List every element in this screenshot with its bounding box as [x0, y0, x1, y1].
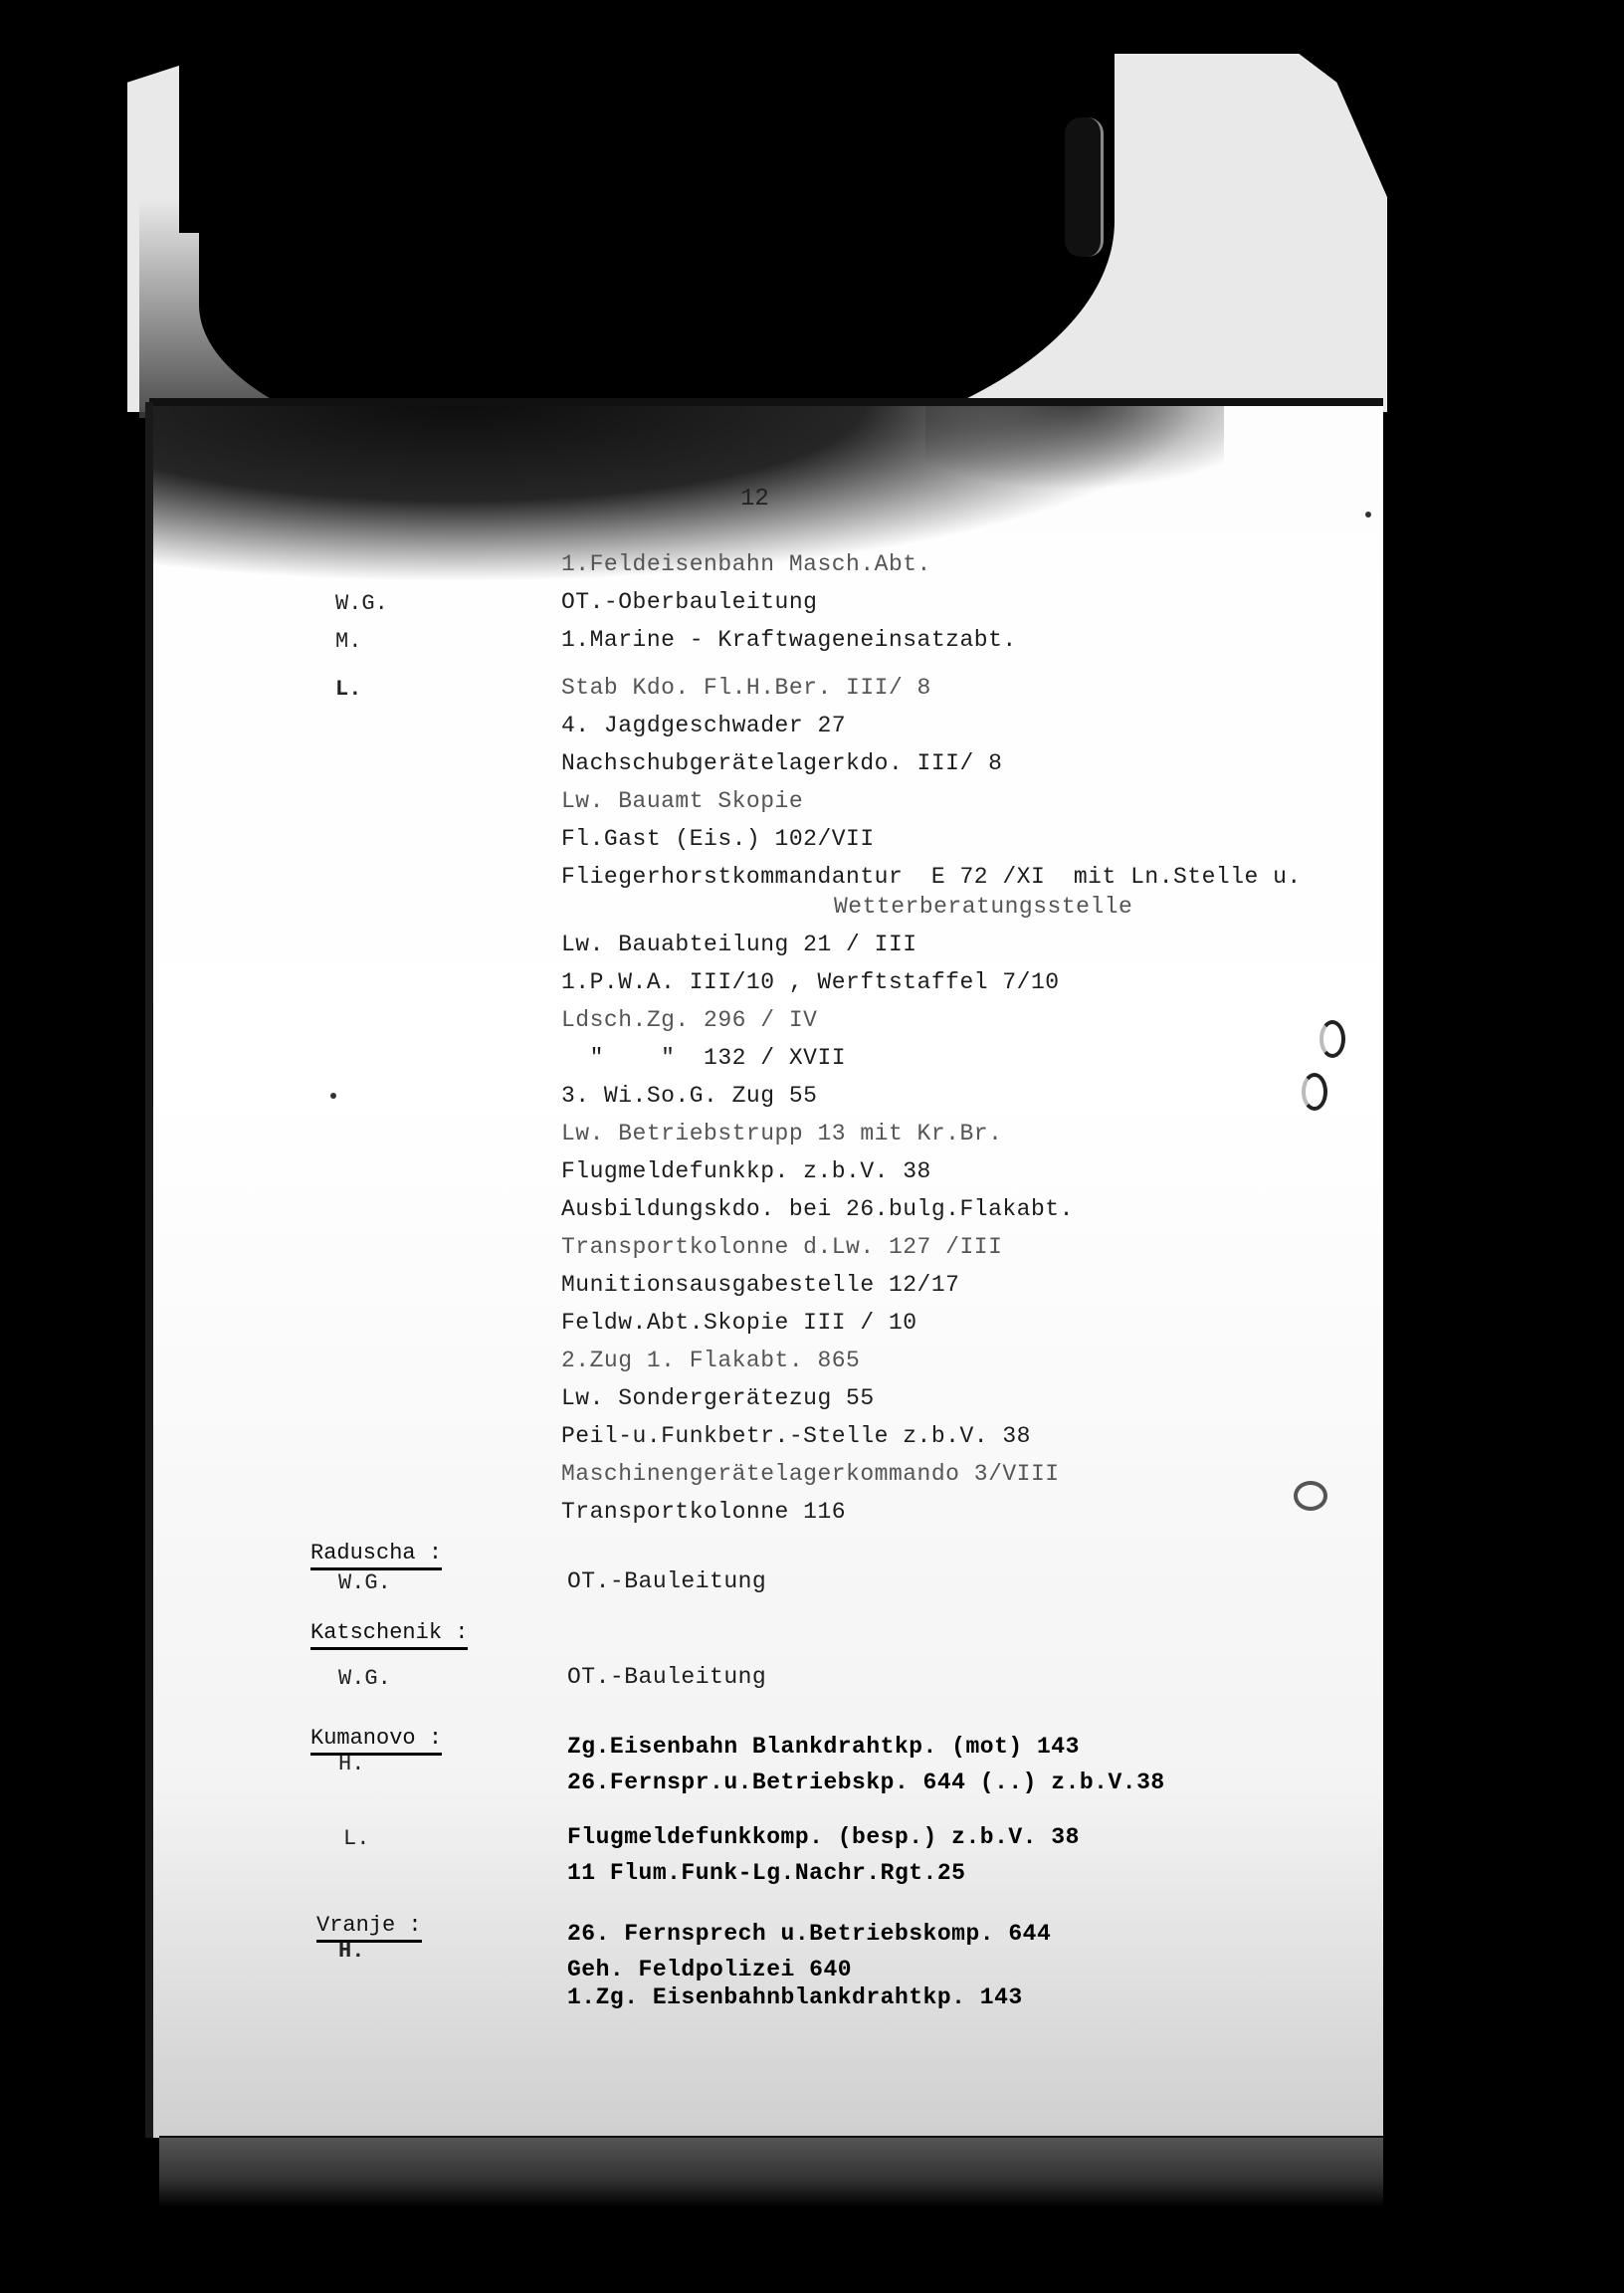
unit-entry: Ldsch.Zg. 296 / IV	[561, 1009, 817, 1032]
location-heading: Kumanovo :	[310, 1726, 442, 1756]
unit-entry: 1.Feldeisenbahn Masch.Abt.	[561, 553, 931, 576]
unit-entry: 11 Flum.Funk-Lg.Nachr.Rgt.25	[567, 1862, 965, 1885]
punch-hole-mark	[1319, 1020, 1345, 1058]
unit-entry: 2.Zug 1. Flakabt. 865	[561, 1350, 860, 1372]
page-left-edge	[145, 402, 153, 2138]
unit-entry: Nachschubgerätelagerkdo. III/ 8	[561, 752, 1002, 775]
unit-entry: Zg.Eisenbahn Blankdrahtkp. (mot) 143	[567, 1736, 1080, 1759]
unit-entry: Transportkolonne 116	[561, 1501, 846, 1524]
unit-entry: Flugmeldefunkkomp. (besp.) z.b.V. 38	[567, 1826, 1080, 1849]
unit-entry: Flugmeldefunkkp. z.b.V. 38	[561, 1160, 931, 1183]
punch-hole-mark	[1302, 1073, 1327, 1111]
unit-entry: OT.-Bauleitung	[567, 1666, 766, 1689]
unit-entry: 26. Fernsprech u.Betriebskomp. 644	[567, 1923, 1051, 1946]
unit-entry: 3. Wi.So.G. Zug 55	[561, 1085, 817, 1108]
unit-entry: Ausbildungskdo. bei 26.bulg.Flakabt.	[561, 1198, 1074, 1221]
unit-entry: OT.-Oberbauleitung	[561, 591, 817, 614]
branch-label: H.	[338, 1939, 364, 1964]
unit-entry: Wetterberatungsstelle	[834, 896, 1132, 919]
unit-entry: Munitionsausgabestelle 12/17	[561, 1274, 959, 1297]
unit-entry: Fliegerhorstkommandantur E 72 /XI mit Ln…	[561, 866, 1302, 889]
unit-entry: Fl.Gast (Eis.) 102/VII	[561, 828, 875, 851]
unit-entry: Lw. Bauabteilung 21 / III	[561, 934, 917, 956]
speck	[330, 1093, 336, 1099]
unit-entry: Stab Kdo. Fl.H.Ber. III/ 8	[561, 677, 931, 700]
location-heading: Vranje :	[316, 1913, 422, 1943]
unit-entry: Transportkolonne d.Lw. 127 /III	[561, 1236, 1002, 1259]
unit-entry: 1.P.W.A. III/10 , Werftstaffel 7/10	[561, 971, 1060, 994]
unit-entry: 4. Jagdgeschwader 27	[561, 715, 846, 737]
branch-label: L.	[343, 1826, 369, 1851]
page-number: 12	[740, 486, 769, 513]
punch-hole-mark	[1294, 1481, 1327, 1511]
unit-entry: " " 132 / XVII	[561, 1047, 846, 1070]
unit-entry: Lw. Bauamt Skopie	[561, 790, 803, 813]
page-top-edge	[149, 398, 1383, 406]
speck	[1365, 512, 1371, 518]
unit-entry: Feldw.Abt.Skopie III / 10	[561, 1312, 917, 1335]
camera-knob-shadow	[1065, 117, 1104, 257]
unit-entry: Lw. Sondergerätezug 55	[561, 1387, 875, 1410]
unit-entry: OT.-Bauleitung	[567, 1570, 766, 1593]
branch-label: M.	[335, 629, 361, 654]
unit-entry: 26.Fernspr.u.Betriebskp. 644 (..) z.b.V.…	[567, 1772, 1165, 1794]
branch-label: W.G.	[338, 1570, 391, 1595]
unit-entry: Maschinengerätelagerkommando 3/VIII	[561, 1463, 1060, 1486]
lower-sheet-shadow	[159, 2138, 1383, 2207]
location-heading: Katschenik :	[310, 1620, 468, 1650]
page-shadow	[925, 402, 1224, 512]
branch-label: W.G.	[338, 1666, 391, 1691]
unit-entry: 1.Zg. Eisenbahnblankdrahtkp. 143	[567, 1986, 1023, 2009]
unit-entry: 1.Marine - Kraftwageneinsatzabt.	[561, 629, 1017, 652]
unit-entry: Peil-u.Funkbetr.-Stelle z.b.V. 38	[561, 1425, 1031, 1448]
branch-label: W.G.	[335, 591, 388, 616]
branch-label: L.	[335, 677, 361, 702]
unit-entry: Lw. Betriebstrupp 13 mit Kr.Br.	[561, 1123, 1002, 1146]
branch-label: H.	[338, 1752, 364, 1776]
unit-entry: Geh. Feldpolizei 640	[567, 1959, 852, 1981]
location-heading: Raduscha :	[310, 1541, 442, 1570]
